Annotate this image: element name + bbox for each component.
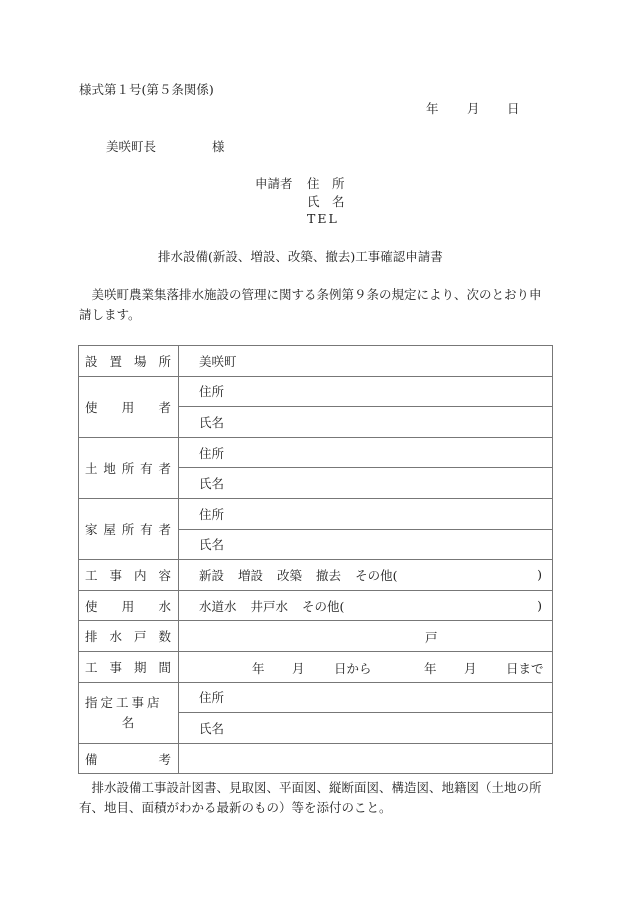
contractor-label: 指定工事店 名 (79, 682, 179, 743)
form-number: 様式第１号(第５条関係) (79, 80, 214, 98)
contractor-address-field[interactable]: 住所 (179, 682, 553, 713)
attachment-note: 排水設備工事設計図書、見取図、平面図、縦断面図、構造図、地籍図（土地の所有、地目… (79, 778, 551, 818)
work-other-close: ) (537, 567, 542, 582)
document-title: 排水設備(新設、増設、改築、撤去)工事確認申請書 (158, 247, 443, 265)
row-house-owner-address: 家屋所有者 住所 (79, 498, 553, 529)
households-label: 排水戸数 (79, 621, 179, 652)
water-other-close: ) (537, 598, 542, 613)
row-location: 設置場所 美咲町 (79, 346, 553, 377)
period-to-year: 年 (424, 659, 437, 677)
location-value[interactable]: 美咲町 (179, 346, 553, 377)
contractor-label-line2: 名 (85, 713, 172, 733)
water-used-field[interactable]: 水道水井戸水その他( ) (179, 590, 553, 621)
period-field[interactable]: 年 月 日から 年 月 日まで (179, 651, 553, 682)
user-name-field[interactable]: 氏名 (179, 407, 553, 438)
water-used-label: 使用水 (79, 590, 179, 621)
period-from-year: 年 (252, 659, 265, 677)
date-year: 年 (426, 99, 439, 117)
applicant-address-label: 住 所 (307, 174, 345, 192)
households-field[interactable]: 戸 (179, 621, 553, 652)
row-period: 工事期間 年 月 日から 年 月 日まで (79, 651, 553, 682)
row-user-address: 使用者 住所 (79, 376, 553, 407)
land-owner-name-field[interactable]: 氏名 (179, 468, 553, 499)
period-from-day: 日から (334, 659, 372, 677)
period-to-day: 日まで (506, 659, 544, 677)
land-owner-label: 土地所有者 (79, 437, 179, 498)
intro-paragraph: 美咲町農業集落排水施設の管理に関する条例第９条の規定により、次のとおり申請します… (79, 285, 551, 325)
row-contractor-address: 指定工事店 名 住所 (79, 682, 553, 713)
date-month: 月 (467, 99, 480, 117)
period-from-month: 月 (292, 659, 305, 677)
remarks-label: 備考 (79, 743, 179, 774)
row-land-owner-address: 土地所有者 住所 (79, 437, 553, 468)
addressee-honorific: 様 (212, 137, 225, 155)
contractor-name-field[interactable]: 氏名 (179, 713, 553, 744)
house-owner-address-field[interactable]: 住所 (179, 498, 553, 529)
work-content-label: 工事内容 (79, 560, 179, 591)
user-address-field[interactable]: 住所 (179, 376, 553, 407)
application-table: 設置場所 美咲町 使用者 住所 氏名 土地所有者 住所 氏名 家屋所有者 住所 … (78, 345, 553, 774)
work-option-expand[interactable]: 増設 (238, 568, 263, 583)
applicant-name-label: 氏 名 (307, 192, 345, 210)
water-option-well[interactable]: 井戸水 (251, 599, 289, 614)
date-day: 日 (507, 99, 520, 117)
row-remarks: 備考 (79, 743, 553, 774)
work-option-new[interactable]: 新設 (199, 568, 224, 583)
contractor-label-line1: 指定工事店 (85, 693, 172, 713)
house-owner-name-field[interactable]: 氏名 (179, 529, 553, 560)
location-label: 設置場所 (79, 346, 179, 377)
work-option-remove[interactable]: 撤去 (316, 568, 341, 583)
row-water-used: 使用水 水道水井戸水その他( ) (79, 590, 553, 621)
households-unit: 戸 (425, 628, 438, 646)
water-option-other[interactable]: その他( (302, 599, 344, 614)
row-households: 排水戸数 戸 (79, 621, 553, 652)
house-owner-label: 家屋所有者 (79, 498, 179, 559)
work-option-other[interactable]: その他( (355, 568, 397, 583)
water-option-tap[interactable]: 水道水 (199, 599, 237, 614)
applicant-tel-label: TEL (307, 211, 339, 226)
user-label: 使用者 (79, 376, 179, 437)
period-label: 工事期間 (79, 651, 179, 682)
period-to-month: 月 (464, 659, 477, 677)
applicant-label: 申請者 (255, 174, 293, 192)
land-owner-address-field[interactable]: 住所 (179, 437, 553, 468)
row-work-content: 工事内容 新設増設改築撤去その他( ) (79, 560, 553, 591)
work-content-field[interactable]: 新設増設改築撤去その他( ) (179, 560, 553, 591)
remarks-field[interactable] (179, 743, 553, 774)
work-option-rebuild[interactable]: 改築 (277, 568, 302, 583)
addressee-name: 美咲町長 (106, 137, 156, 155)
